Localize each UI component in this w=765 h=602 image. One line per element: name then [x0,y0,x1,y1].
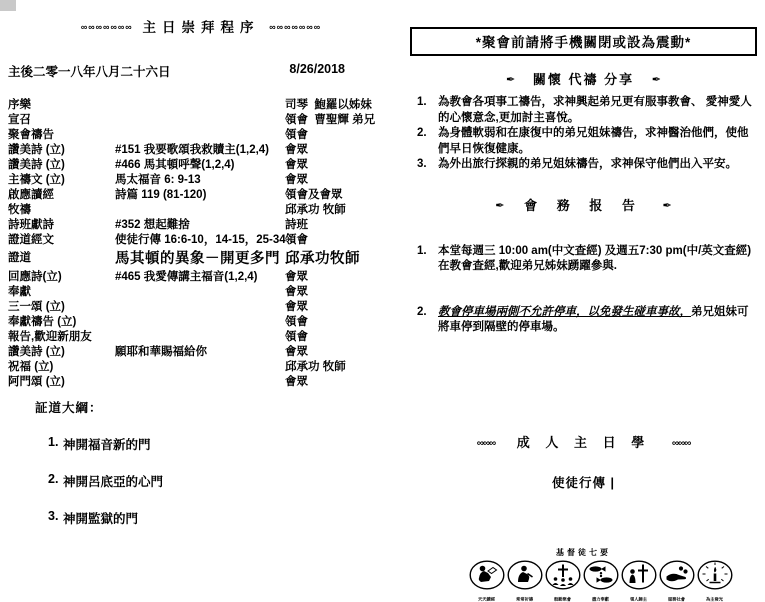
program-item-person: 領會 [285,231,308,247]
program-item-detail: 馬太福音 6: 9-13 [115,171,285,187]
program-item-label: 聚會禱告 [0,126,115,142]
program-item-person: 邱承功 牧師 [285,358,346,374]
program-row: 三一頌 (立)會眾 [0,298,402,313]
seven-essentials-caption: 盡力奉獻 [585,596,616,602]
chain-ornament-icon: ∞∞∞ [477,438,495,449]
program-item-person: 領會 [285,126,308,142]
program-item-label: 證道經文 [0,231,115,247]
outline-item-text: 神開福音新的門 [63,435,151,453]
program-row: 祝福 (立)邱承功 牧師 [0,358,402,373]
page-title-row: ∞∞∞∞∞∞∞ 主日崇拜程序 ∞∞∞∞∞∞∞ [0,16,402,36]
program-item-person: 會眾 [285,171,308,187]
seven-essentials-footer: 基督徒七要 天天讀經常常祈禱殷勤聚會盡力奉獻領人歸主服務社會為主發光 [410,547,757,602]
care-item-number: 3. [410,157,438,173]
program-row: 啟應讀經詩篇 119 (81-120)領會及會眾 [0,186,402,201]
program-item-detail: 詩篇 119 (81-120) [115,186,285,202]
date-chinese: 主後二零一八年八月二十六日 [8,62,171,80]
outline-item-number: 1. [48,435,63,453]
program-row: 主禱文 (立)馬太福音 6: 9-13會眾 [0,171,402,186]
program-item-label: 讚美詩 (立) [0,343,115,359]
seven-essentials-item: 為主發光 [696,560,733,602]
program-row: 讚美詩 (立)#466 馬其頓呼聲(1,2,4)會眾 [0,156,402,171]
program-item-detail: #466 馬其頓呼聲(1,2,4) [115,156,285,172]
affairs-title: 會 務 报 告 [524,198,643,213]
program-row: 證道馬其頓的異象－開更多門邱承功牧師 [0,246,402,268]
pen-ornament-icon: ✒ [495,200,504,212]
care-item-number: 1. [410,95,438,126]
chain-ornament-icon: ∞∞∞∞∞∞∞ [81,22,133,32]
program-item-label: 牧禱 [0,201,115,217]
pen-ornament-icon: ✒ [663,200,672,212]
program-row: 序樂司琴 鮑羅以姊妹 [0,96,402,111]
sermon-outline: 証道大綱： 1.神開福音新的門2.神開呂底亞的心門3.神開監獄的門 [35,398,402,527]
outline-item: 1.神開福音新的門 [48,435,402,453]
seven-essentials-item: 天天讀經 [468,560,505,602]
program-item-label: 報告,歡迎新朋友 [0,328,115,344]
care-item-number: 2. [410,126,438,157]
date-row: 主後二零一八年八月二十六日 8/26/2018 [8,62,345,80]
program-item-detail: 願耶和華賜福給你 [115,343,285,359]
chain-ornament-icon: ∞∞∞∞∞∞∞ [269,22,321,32]
program-item-label: 奉獻禱告 (立) [0,313,115,329]
serving-icon [658,560,695,596]
seven-essentials-item: 常常祈禱 [506,560,543,602]
affairs-item: 2.教會停車場兩側不允許停車，以免發生碰車事故，弟兄姐妹可將車停到隔壁的停車場。 [410,305,757,336]
affairs-report-list: 1.本堂每週三 10:00 am(中文查經) 及週五7:30 pm(中/英文查經… [410,244,757,336]
care-item-text: 為教會各項事工禱告，求神興起弟兄更有服事教會、 愛神愛人的心懷意念,更加討主喜悅… [438,95,757,126]
program-item-person: 邱承功 牧師 [285,201,346,217]
program-list: 序樂司琴 鮑羅以姊妹宣召領會 曹聖輝 弟兄聚會禱告領會讚美詩 (立)#151 我… [0,96,402,388]
church-bulletin-page: ∞∞∞∞∞∞∞ 主日崇拜程序 ∞∞∞∞∞∞∞ 主後二零一八年八月二十六日 8/2… [0,0,765,602]
care-header: ✒ 關懷 代禱 分享 ✒ [410,69,757,88]
sunday-school-title: 成 人 主 日 學 [517,435,650,450]
outline-item-text: 神開監獄的門 [63,509,138,527]
praying-icon [506,560,543,596]
program-row: 奉獻禱告 (立)領會 [0,313,402,328]
affairs-header: ✒ 會 務 报 告 ✒ [410,195,757,214]
program-item-person: 領會 曹聖輝 弟兄 [285,111,375,127]
program-item-person: 會眾 [285,156,308,172]
program-item-detail: 使徒行傳 16:6-10，14-15，25-34 [115,231,285,247]
seven-essentials-caption: 殷勤聚會 [547,596,578,602]
leading-icon [620,560,657,596]
seven-essentials-caption: 常常祈禱 [509,596,540,602]
pen-ornament-icon: ✒ [506,74,515,86]
seven-essentials-item: 服務社會 [658,560,695,602]
program-row: 阿門頌 (立)會眾 [0,373,402,388]
program-item-label: 三一頌 (立) [0,298,115,314]
program-item-person: 會眾 [285,141,308,157]
program-item-detail: 馬其頓的異象－開更多門 [115,247,285,268]
program-row: 證道經文使徒行傳 16:6-10，14-15，25-34領會 [0,231,402,246]
program-row: 聚會禱告領會 [0,126,402,141]
affairs-item-text-part: 本堂每週三 10:00 am(中文查經) 及週五7:30 pm(中/英文查經)在… [438,245,751,273]
care-item-text: 為身體軟弱和在康復中的弟兄姐妹禱告，求神醫治他們，使他們早日恢復健康。 [438,126,757,157]
program-item-detail: #465 我愛傳講主福音(1,2,4) [115,268,285,284]
program-item-person: 會眾 [285,373,308,389]
program-row: 讚美詩 (立)#151 我要歌頌我救贖主(1,2,4)會眾 [0,141,402,156]
program-item-person: 會眾 [285,343,308,359]
program-item-label: 宣召 [0,111,115,127]
program-item-person: 領會及會眾 [285,186,343,202]
care-item: 1.為教會各項事工禱告，求神興起弟兄更有服事教會、 愛神愛人的心懷意念,更加討主… [410,95,757,126]
program-item-label: 啟應讀經 [0,186,115,202]
program-item-person: 會眾 [285,298,308,314]
worship-order-section: ∞∞∞∞∞∞∞ 主日崇拜程序 ∞∞∞∞∞∞∞ 主後二零一八年八月二十六日 8/2… [0,0,402,527]
program-item-person: 會眾 [285,283,308,299]
program-item-label: 讚美詩 (立) [0,156,115,172]
program-item-label: 回應詩(立) [0,268,115,284]
seven-essentials-item: 殷勤聚會 [544,560,581,602]
seven-essentials-icon-row: 天天讀經常常祈禱殷勤聚會盡力奉獻領人歸主服務社會為主發光 [410,560,757,602]
outline-item-text: 神開呂底亞的心門 [63,472,163,490]
seven-essentials-caption: 天天讀經 [471,596,502,602]
date-numeric: 8/26/2018 [289,62,345,80]
sermon-outline-title: 証道大綱： [35,398,402,416]
reading-icon [468,560,505,596]
gathering-icon [544,560,581,596]
program-item-person: 邱承功牧師 [285,247,360,268]
care-title: 關懷 代禱 分享 [533,72,634,87]
program-row: 回應詩(立)#465 我愛傳講主福音(1,2,4)會眾 [0,268,402,283]
seven-essentials-caption: 為主發光 [699,596,730,602]
program-item-label: 讚美詩 (立) [0,141,115,157]
program-row: 讚美詩 (立)願耶和華賜福給你會眾 [0,343,402,358]
worship-order-title: 主日崇拜程序 [143,20,260,35]
light-icon [696,560,733,596]
sunday-school-text: 使徒行傳 | [410,473,757,491]
sermon-outline-items: 1.神開福音新的門2.神開呂底亞的心門3.神開監獄的門 [35,435,402,527]
affairs-item-text: 教會停車場兩側不允許停車，以免發生碰車事故，弟兄姐妹可將車停到隔壁的停車場。 [438,305,757,336]
program-item-label: 序樂 [0,96,115,112]
program-item-person: 領會 [285,328,308,344]
program-item-label: 奉獻 [0,283,115,299]
program-item-label: 阿門頌 (立) [0,373,115,389]
seven-essentials-item: 領人歸主 [620,560,657,602]
seven-essentials-title: 基督徒七要 [410,547,757,558]
program-item-label: 詩班獻詩 [0,216,115,232]
affairs-item-number: 1. [410,244,438,275]
program-item-detail: #352 想起難捨 [115,216,285,232]
chain-ornament-icon: ∞∞∞ [672,438,690,449]
program-item-label: 祝福 (立) [0,358,115,374]
outline-item-number: 3. [48,509,63,527]
program-row: 牧禱邱承功 牧師 [0,201,402,216]
offering-fish-icon [582,560,619,596]
care-prayer-list: 1.為教會各項事工禱告，求神興起弟兄更有服事教會、 愛神愛人的心懷意念,更加討主… [410,95,757,173]
program-item-label: 證道 [0,249,115,265]
affairs-item-text-part: 教會停車場兩側不允許停車，以免發生碰車事故， [438,306,691,318]
program-item-detail: #151 我要歌頌我救贖主(1,2,4) [115,141,285,157]
seven-essentials-caption: 領人歸主 [623,596,654,602]
phone-off-notice: *聚會前請將手機關閉或設為震動* [410,27,757,56]
seven-essentials-item: 盡力奉獻 [582,560,619,602]
program-row: 報告,歡迎新朋友領會 [0,328,402,343]
sunday-school-header: ∞∞∞ 成 人 主 日 學 ∞∞∞ [410,432,757,451]
affairs-item-text: 本堂每週三 10:00 am(中文查經) 及週五7:30 pm(中/英文查經)在… [438,244,757,275]
outline-item: 2.神開呂底亞的心門 [48,472,402,490]
program-item-person: 會眾 [285,268,308,284]
program-item-person: 司琴 鮑羅以姊妹 [285,96,372,112]
announcements-section: *聚會前請將手機關閉或設為震動* ✒ 關懷 代禱 分享 ✒ 1.為教會各項事工禱… [410,0,757,602]
pen-ornament-icon: ✒ [652,74,661,86]
program-item-person: 領會 [285,313,308,329]
program-row: 詩班獻詩#352 想起難捨詩班 [0,216,402,231]
program-item-label: 主禱文 (立) [0,171,115,187]
affairs-item-number: 2. [410,305,438,336]
care-item: 3.為外出旅行探親的弟兄姐妹禱告，求神保守他們出入平安。 [410,157,757,173]
program-row: 奉獻會眾 [0,283,402,298]
care-item: 2.為身體軟弱和在康復中的弟兄姐妹禱告，求神醫治他們，使他們早日恢復健康。 [410,126,757,157]
outline-item: 3.神開監獄的門 [48,509,402,527]
program-item-person: 詩班 [285,216,308,232]
care-item-text: 為外出旅行探親的弟兄姐妹禱告，求神保守他們出入平安。 [438,157,757,173]
seven-essentials-caption: 服務社會 [661,596,692,602]
outline-item-number: 2. [48,472,63,490]
affairs-item: 1.本堂每週三 10:00 am(中文查經) 及週五7:30 pm(中/英文查經… [410,244,757,275]
program-row: 宣召領會 曹聖輝 弟兄 [0,111,402,126]
